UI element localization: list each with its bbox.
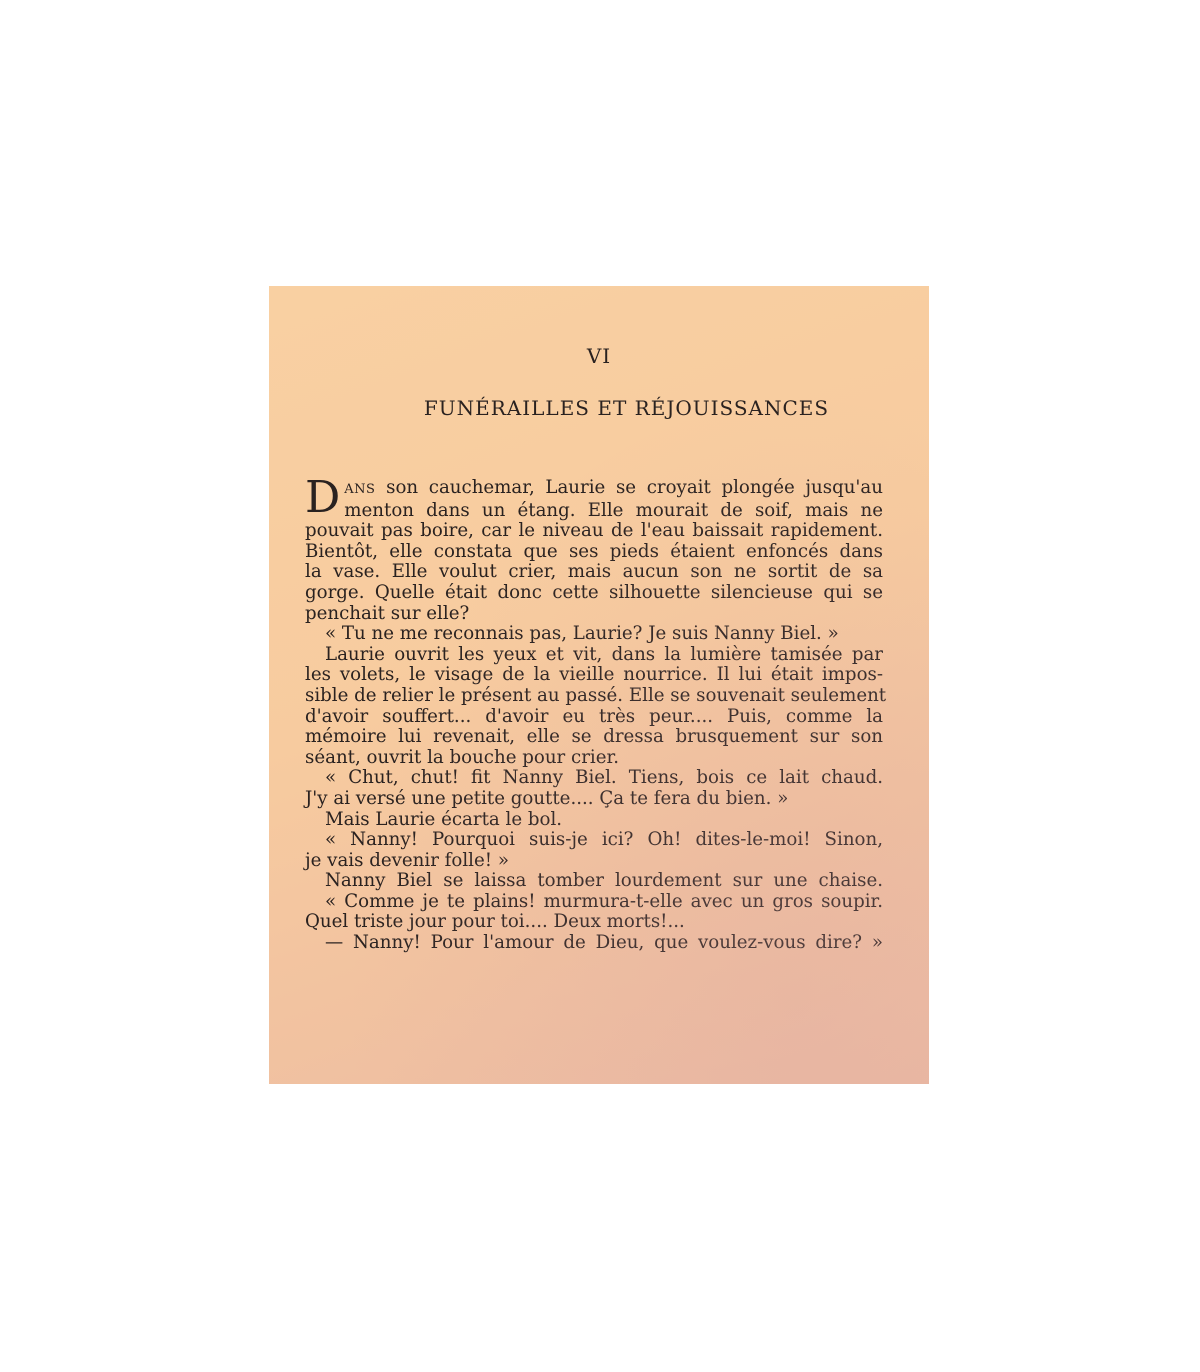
text-line: menton dans un étang. Elle mourait de so… [305, 501, 883, 522]
paragraph-8: « Comme je te plains! murmura-t-elle ave… [305, 892, 883, 933]
paragraph-3: Laurie ouvrit les yeux et vit, dans la l… [305, 645, 883, 769]
text-line: Bientôt, elle constata que ses pieds éta… [305, 542, 883, 563]
text-line: Quel triste jour pour toi.... Deux morts… [305, 912, 883, 933]
text-line: Nanny Biel se laissa tomber lourdement s… [305, 871, 883, 892]
text-line: mémoire lui revenait, elle se dressa bru… [305, 727, 883, 748]
text-line: gorge. Quelle était donc cette silhouett… [305, 583, 883, 604]
body-text: D ANS son cauchemar, Laurie se croyait p… [305, 478, 883, 954]
text-line: « Nanny! Pourquoi suis-je ici? Oh! dites… [305, 830, 883, 851]
text-line: J'y ai versé une petite goutte.... Ça te… [305, 789, 883, 810]
text-line: penchait sur elle? [305, 604, 883, 625]
chapter-number: VI [269, 344, 929, 368]
paragraph-6: « Nanny! Pourquoi suis-je ici? Oh! dites… [305, 830, 883, 871]
text-fragment: son cauchemar, Laurie se croyait plongée… [375, 477, 883, 498]
text-line: les volets, le visage de la vieille nour… [305, 665, 883, 686]
text-line: « Chut, chut! fit Nanny Biel. Tiens, boi… [305, 768, 883, 789]
book-page: VI FUNÉRAILLES ET RÉJOUISSANCES D ANS so… [269, 286, 929, 1084]
text-line: la vase. Elle voulut crier, mais aucun s… [305, 562, 883, 583]
paragraph-2: « Tu ne me reconnais pas, Laurie? Je sui… [305, 624, 883, 645]
chapter-title: FUNÉRAILLES ET RÉJOUISSANCES [269, 396, 929, 420]
paragraph-7: Nanny Biel se laissa tomber lourdement s… [305, 871, 883, 892]
text-line: ANS son cauchemar, Laurie se croyait plo… [305, 478, 883, 501]
paragraph-1: D ANS son cauchemar, Laurie se croyait p… [305, 478, 883, 624]
text-line: « Tu ne me reconnais pas, Laurie? Je sui… [305, 624, 883, 645]
text-line: Laurie ouvrit les yeux et vit, dans la l… [305, 645, 883, 666]
paragraph-4: « Chut, chut! fit Nanny Biel. Tiens, boi… [305, 768, 883, 809]
paragraph-5: Mais Laurie écarta le bol. [305, 810, 883, 831]
text-line: Mais Laurie écarta le bol. [305, 810, 883, 831]
paragraph-9: — Nanny! Pour l'amour de Dieu, que voule… [305, 933, 883, 954]
text-line: sible de relier le présent au passé. Ell… [305, 686, 883, 707]
text-line: « Comme je te plains! murmura-t-elle ave… [305, 892, 883, 913]
text-line: séant, ouvrit la bouche pour crier. [305, 748, 883, 769]
text-line: — Nanny! Pour l'amour de Dieu, que voule… [305, 933, 883, 954]
text-line: pouvait pas boire, car le niveau de l'ea… [305, 521, 883, 542]
drop-cap: D [305, 479, 340, 517]
text-line: je vais devenir folle! » [305, 851, 883, 872]
text-line: d'avoir souffert... d'avoir eu très peur… [305, 707, 883, 728]
smallcaps-word: ANS [344, 482, 375, 497]
